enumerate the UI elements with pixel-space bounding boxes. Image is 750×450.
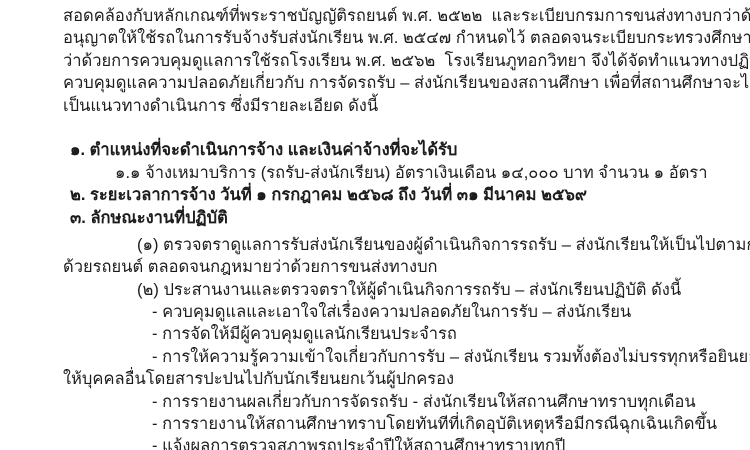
doc-line: - การให้ความรู้ความเข้าใจเกี่ยวกับการรับ… [152, 346, 710, 368]
doc-line: เป็นแนวทางดำเนินการ ซึ่งมีรายละเอียด ดัง… [63, 95, 710, 117]
doc-line: ๓. ลักษณะงานที่ปฏิบัติ [70, 207, 710, 229]
doc-line: - แจ้งผลการตรวจสภาพรถประจำปีให้สถานศึกษา… [152, 435, 710, 450]
doc-line: ด้วยรถยนต์ ตลอดจนกฎหมายว่าด้วยการขนส่งทา… [63, 256, 710, 278]
doc-line: ให้บุคคลอื่นโดยสารปะปนไปกับนักเรียนยกเว้… [63, 368, 710, 390]
doc-line: ควบคุมดูแลความปลอดภัยเกี่ยวกับ การจัดรถร… [63, 72, 710, 94]
doc-line: (๑) ตรวจตราดูแลการรับส่งนักเรียนของผู้ดำ… [137, 234, 710, 256]
doc-line: - ควบคุมดูแลและเอาใจใส่เรื่องความปลอดภัย… [152, 301, 710, 323]
doc-line: ๑. ตำแหน่งที่จะดำเนินการจ้าง และเงินค่าจ… [70, 139, 710, 161]
document-body: สอดคล้องกับหลักเกณฑ์ที่พระราชบัญญัติรถยน… [63, 5, 710, 450]
document-page: สอดคล้องกับหลักเกณฑ์ที่พระราชบัญญัติรถยน… [0, 0, 750, 450]
doc-line: อนุญาตให้ใช้รถในการรับจ้างรับส่งนักเรียน… [63, 27, 710, 49]
doc-line: (๒) ประสานงานและตรวจตราให้ผู้ดำเนินกิจกา… [137, 279, 710, 301]
doc-line: - การรายงานให้สถานศึกษาทราบโดยทันทีที่เก… [152, 413, 710, 435]
doc-line: - การรายงานผลเกี่ยวกับการจัดรถรับ - ส่งน… [152, 391, 710, 413]
doc-line: - การจัดให้มีผู้ควบคุมดูแลนักเรียนประจำร… [152, 323, 710, 345]
doc-line: ๒. ระยะเวลาการจ้าง วันที่ ๑ กรกฎาคม ๒๕๖๘… [70, 184, 710, 206]
doc-line: ๑.๑ จ้างเหมาบริการ (รถรับ-ส่งนักเรียน) อ… [115, 162, 710, 184]
doc-line: ว่าด้วยการควบคุมดูแลการใช้รถโรงเรียน พ.ศ… [63, 50, 710, 72]
doc-line: สอดคล้องกับหลักเกณฑ์ที่พระราชบัญญัติรถยน… [63, 5, 710, 27]
